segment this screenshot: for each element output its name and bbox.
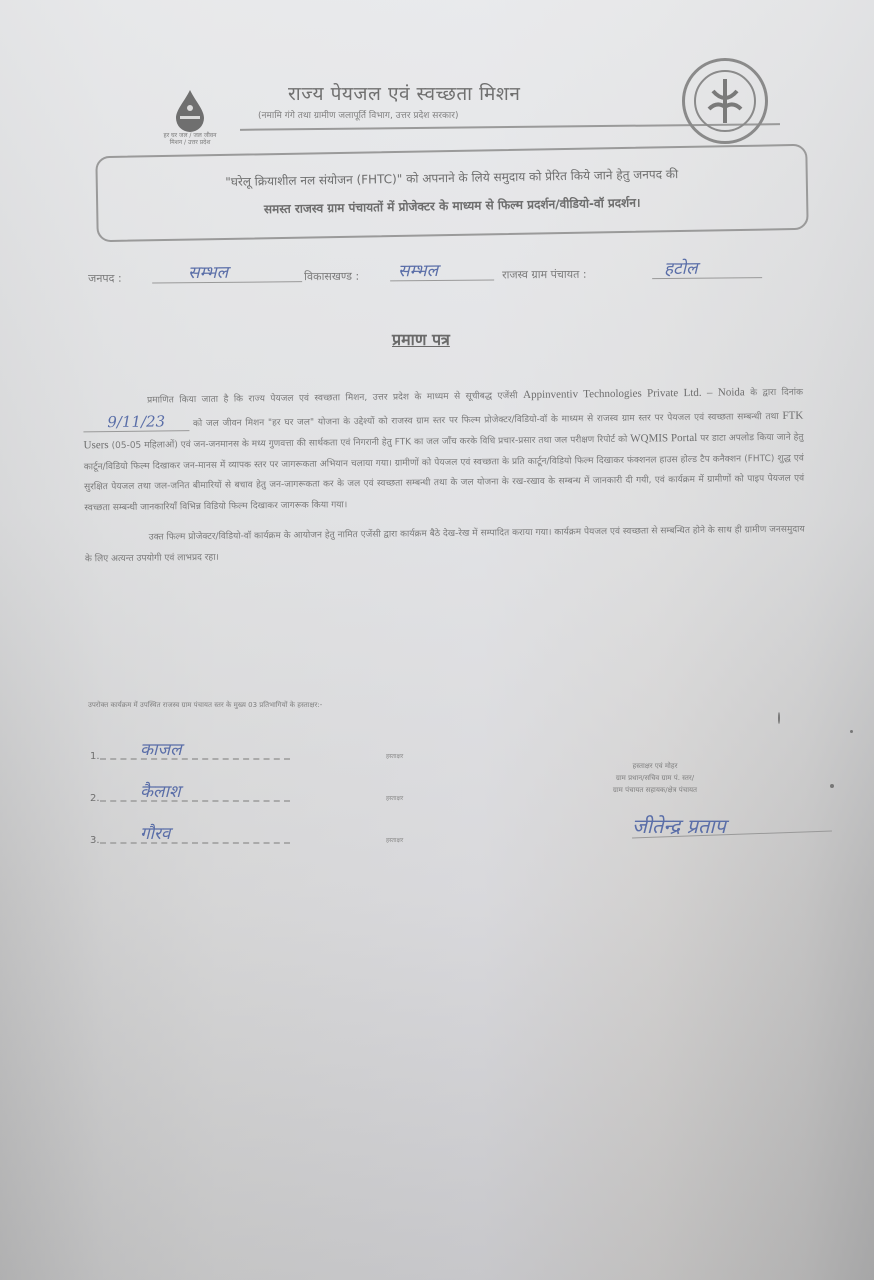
program-date: 9/11/23 [83, 412, 189, 432]
ink-speck [778, 712, 780, 724]
organization-title: राज्य पेयजल एवं स्वच्छता मिशन [288, 80, 520, 106]
signatory-name: कैलाश [140, 779, 181, 802]
district-field: सम्भल [152, 263, 302, 283]
block-value: सम्भल [398, 258, 438, 281]
location-fields: जनपद : सम्भल विकासखण्ड : सम्भल राजस्व ग्… [88, 259, 788, 265]
paragraph-2: उक्त फिल्म प्रोजेक्टर/विडियो-वॉ कार्यक्र… [85, 520, 805, 570]
panchayat-field: हटोल [652, 259, 762, 279]
panchayat-label: राजस्व ग्राम पंचायत : [502, 267, 587, 283]
organization-subtitle: (नमामि गंगे तथा ग्रामीण जलापूर्ति विभाग,… [258, 108, 458, 121]
panchayat-value: हटोल [664, 256, 698, 279]
officer-signature: जीतेन्द्र प्रताप [632, 812, 832, 839]
signatory-row: 3. गौरव हस्ताक्षर [90, 822, 450, 846]
certificate-body: प्रमाणित किया जाता है कि राज्य पेयजल एवं… [83, 382, 805, 570]
signatory-name: गौरव [140, 821, 170, 844]
uttar-pradesh-emblem-icon [682, 58, 768, 144]
signatory-row: 2. कैलाश हस्ताक्षर [90, 780, 450, 804]
agency-name: Appinventiv Technologies Private Ltd. – … [523, 386, 745, 401]
block-label: विकासखण्ड : [304, 269, 359, 284]
certificate-title: प्रमाण पत्र [392, 328, 450, 350]
ink-speck [830, 784, 834, 788]
ink-speck [850, 730, 853, 733]
signatory-name: काजल [140, 737, 182, 760]
block-field: सम्भल [390, 262, 494, 282]
signatory-row: 1. काजल हस्ताक्षर [90, 738, 450, 762]
logo-tagline: हर घर जल / जल जीवन मिशन / उत्तर प्रदेश [160, 132, 220, 146]
program-banner: "घरेलू क्रियाशील नल संयोजन (FHTC)" को अप… [95, 144, 808, 242]
paragraph-1: प्रमाणित किया जाता है कि राज्य पेयजल एवं… [83, 382, 805, 519]
certificate-document: हर घर जल / जल जीवन मिशन / उत्तर प्रदेश र… [0, 0, 874, 1280]
jal-jeevan-mission-logo: हर घर जल / जल जीवन मिशन / उत्तर प्रदेश [160, 88, 220, 160]
district-value: सम्भल [188, 260, 228, 283]
district-label: जनपद : [88, 271, 122, 286]
officer-designation: हस्ताक्षर एवं मोहर ग्राम प्रधान/सचिव ग्र… [570, 760, 740, 796]
water-drop-logo-icon [172, 88, 208, 132]
signatories-intro: उपरोक्त कार्यक्रम में उपस्थित राजस्व ग्र… [88, 700, 478, 711]
